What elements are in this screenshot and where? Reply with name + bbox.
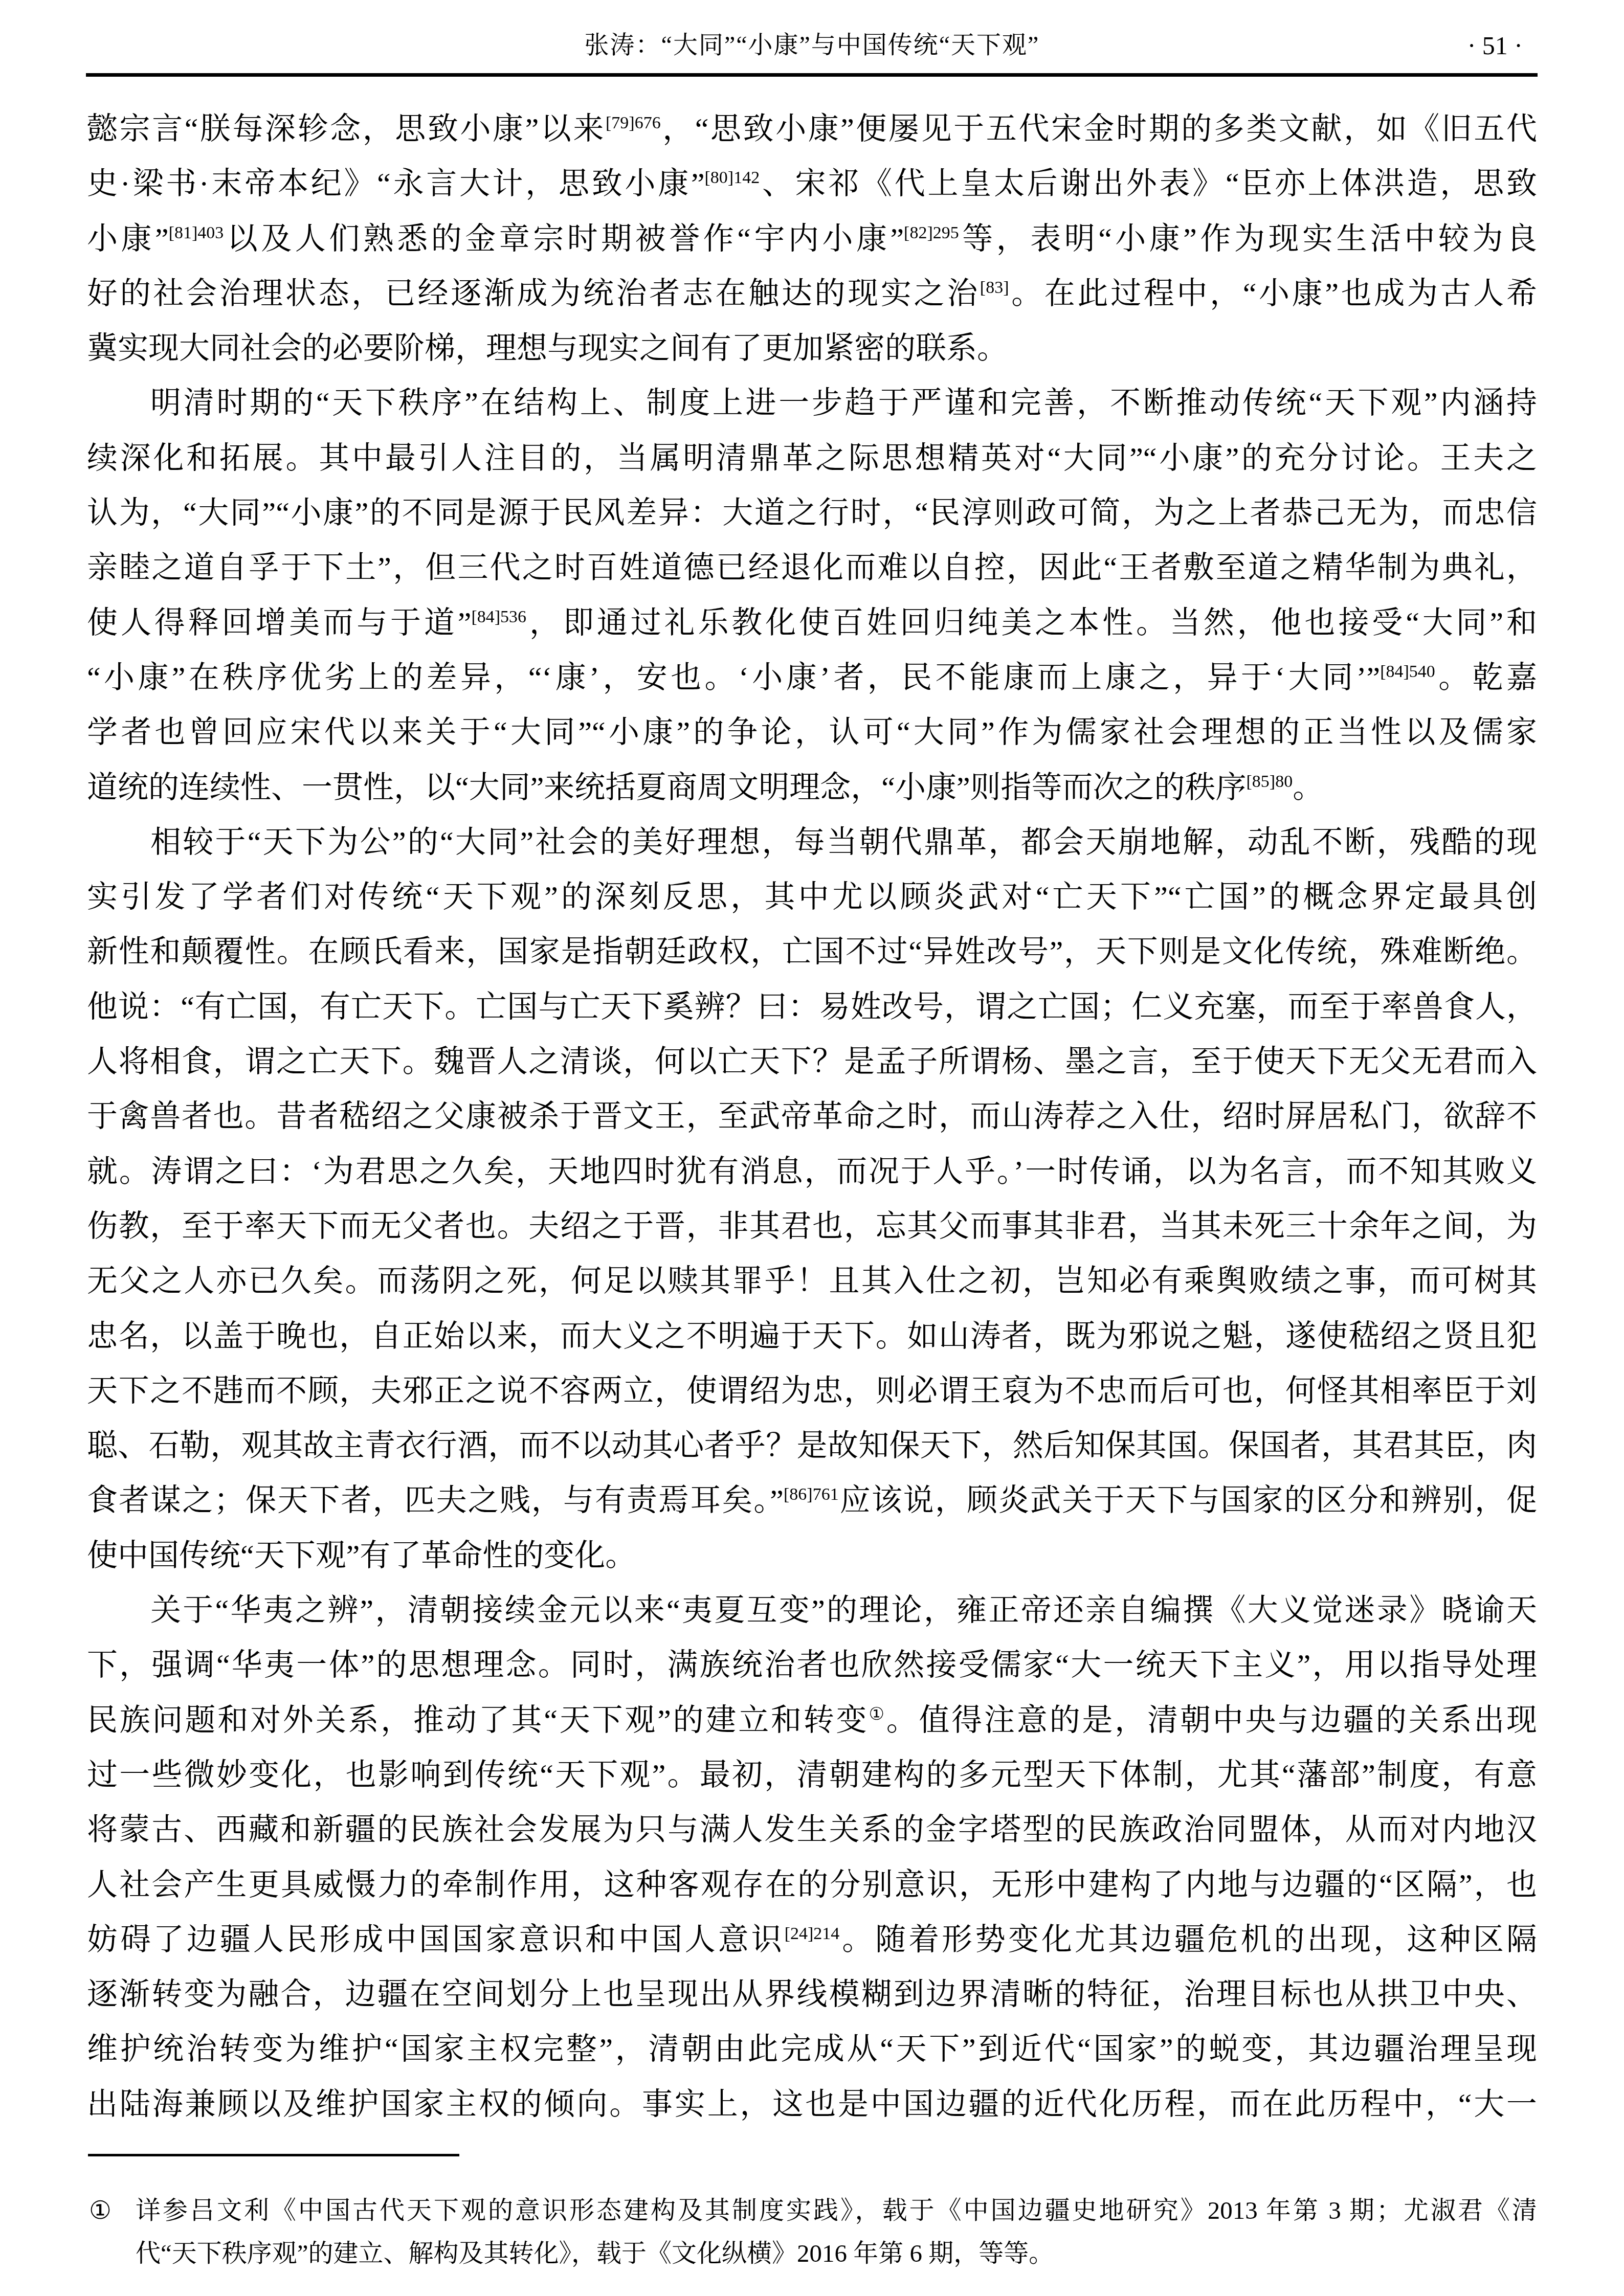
text-run: 聪、石勒，观其故主青衣行酒，而不以动其心者乎？是故知保天下，然后知保其国。保国者… [87,1429,1537,1462]
body-line: 民族问题和对外关系，推动了其“天下观”的建立和转变①。值得注意的是，清朝中央与边… [87,1693,1537,1748]
header-rule [86,73,1538,77]
superscript-ref: [83] [980,278,1009,297]
text-run: ，“思致小康”便屡见于五代宋金时期的多类文献，如《旧五代 [661,112,1537,146]
body-line: 天下之不韪而不顾，夫邪正之说不容两立，使谓绍为忠，则必谓王裒为不忠而后可也，何怪… [87,1364,1537,1419]
running-title: 张涛：“大同”“小康”与中国传统“天下观” [87,29,1537,62]
text-run: 过一些微妙变化，也影响到传统“天下观”。最初，清朝建构的多元型天下体制，尤其“藩… [87,1758,1537,1792]
text-run: 关于“华夷之辨”，清朝接续金元以来“夷夏互变”的理论，雍正帝还亲自编撰《大义觉迷… [150,1593,1537,1627]
body-line: 关于“华夷之辨”，清朝接续金元以来“夷夏互变”的理论，雍正帝还亲自编撰《大义觉迷… [87,1583,1537,1638]
body-line: 使中国传统“天下观”有了革命性的变化。 [87,1528,1537,1583]
text-run: 实引发了学者们对传统“天下观”的深刻反思，其中尤以顾炎武对“亡天下”“亡国”的概… [87,880,1537,914]
text-run: 史·梁书·末帝本纪》“永言大计，思致小康” [87,167,705,200]
body-line: 学者也曾回应宋代以来关于“大同”“小康”的争论，认可“大同”作为儒家社会理想的正… [87,705,1537,760]
body-line: 人将相食，谓之亡天下。魏晋人之清谈，何以亡天下？是孟子所谓杨、墨之言，至于使天下… [87,1034,1537,1089]
body-line: 伤教，至于率天下而无父者也。夫绍之于晋，非其君也，忘其父而事其非君，当其未死三十… [87,1199,1537,1254]
body-line: 逐渐转变为融合，边疆在空间划分上也呈现出从界线模糊到边界清晰的特征，治理目标也从… [87,1967,1537,2022]
text-run: 。值得注意的是，清朝中央与边疆的关系出现 [886,1703,1537,1737]
text-run: 。在此过程中，“小康”也成为古人希 [1009,277,1538,310]
superscript-ref: ① [869,1705,886,1724]
body-line: 实引发了学者们对传统“天下观”的深刻反思，其中尤以顾炎武对“亡天下”“亡国”的概… [87,870,1537,925]
text-run: 学者也曾回应宋代以来关于“大同”“小康”的争论，认可“大同”作为儒家社会理想的正… [87,715,1537,749]
text-run: 逐渐转变为融合，边疆在空间划分上也呈现出从界线模糊到边界清晰的特征，治理目标也从… [87,1977,1537,2011]
superscript-ref: [81]403 [169,223,224,242]
superscript-ref: [84]536 [471,607,526,626]
superscript-ref: [84]540 [1380,662,1435,681]
text-run: 忠名，以盖于晚也，自正始以来，而大义之不明遍于天下。如山涛者，既为邪说之魁，遂使… [87,1319,1537,1353]
text-run: 人社会产生更具威慑力的牵制作用，这种客观存在的分别意识，无形中建构了内地与边疆的… [87,1868,1537,1902]
text-run: 。 [1293,771,1323,804]
text-run: 懿宗言“朕每深轸念，思致小康”以来 [87,112,606,146]
text-run: 。随着形势变化尤其边疆危机的出现，这种区隔 [839,1923,1537,1956]
body-line: 道统的连续性、一贯性，以“大同”来统括夏商周文明理念，“小康”则指等而次之的秩序… [87,760,1537,815]
text-run: 将蒙古、西藏和新疆的民族社会发展为只与满人发生关系的金字塔型的民族政治同盟体，从… [87,1813,1537,1847]
body-line: 妨碍了边疆人民形成中国国家意识和中国人意识[24]214。随着形势变化尤其边疆危… [87,1912,1537,1967]
article-body: 懿宗言“朕每深轸念，思致小康”以来[79]676，“思致小康”便屡见于五代宋金时… [87,102,1537,2132]
footnote-line: 详参吕文利《中国古代天下观的意识形态建构及其制度实践》，载于《中国边疆史地研究》… [136,2189,1537,2232]
body-line: 冀实现大同社会的必要阶梯，理想与现实之间有了更加紧密的联系。 [87,321,1537,376]
body-line: 就。涛谓之曰：‘为君思之久矣，天地四时犹有消息，而况于人乎。’一时传诵，以为名言… [87,1144,1537,1199]
text-run: 亲睦之道自孚于下土”，但三代之时百姓道德已经退化而难以自控，因此“王者敷至道之精… [87,551,1537,584]
superscript-ref: [79]676 [606,114,661,132]
text-run: 出陆海兼顾以及维护国家主权的倾向。事实上，这也是中国边疆的近代化历程，而在此历程… [87,2087,1537,2121]
footnote-marker: ① [89,2189,112,2232]
text-run: 天下之不韪而不顾，夫邪正之说不容两立，使谓绍为忠，则必谓王裒为不忠而后可也，何怪… [87,1374,1537,1408]
footnote-text: 详参吕文利《中国古代天下观的意识形态建构及其制度实践》，载于《中国边疆史地研究》… [136,2189,1537,2275]
text-run: 明清时期的“天下秩序”在结构上、制度上进一步趋于严谨和完善，不断推动传统“天下观… [150,386,1537,420]
body-line: 食者谋之；保天下者，匹夫之贱，与有责焉耳矣。”[86]761应该说，顾炎武关于天… [87,1473,1537,1528]
body-line: 相较于“天下为公”的“大同”社会的美好理想，每当朝代鼎革，都会天崩地解，动乱不断… [87,815,1537,870]
body-line: 懿宗言“朕每深轸念，思致小康”以来[79]676，“思致小康”便屡见于五代宋金时… [87,102,1537,156]
body-line: 亲睦之道自孚于下土”，但三代之时百姓道德已经退化而难以自控，因此“王者敷至道之精… [87,541,1537,595]
text-run: 维护统治转变为维护“国家主权完整”，清朝由此完成从“天下”到近代“国家”的蜕变，… [87,2032,1537,2066]
body-line: 聪、石勒，观其故主青衣行酒，而不以动其心者乎？是故知保天下，然后知保其国。保国者… [87,1419,1537,1473]
superscript-ref: [86]761 [784,1485,839,1504]
body-line: 出陆海兼顾以及维护国家主权的倾向。事实上，这也是中国边疆的近代化历程，而在此历程… [87,2077,1537,2132]
text-run: 以及人们熟悉的金章宗时期被誉作“宇内小康” [224,222,904,256]
text-run: 新性和颠覆性。在顾氏看来，国家是指朝廷政权，亡国不过“异姓改号”，天下则是文化传… [87,935,1537,969]
superscript-ref: [82]295 [904,223,959,242]
page-number: · 51 · [1467,29,1523,62]
text-run: 伤教，至于率天下而无父者也。夫绍之于晋，非其君也，忘其父而事其非君，当其未死三十… [87,1209,1537,1243]
text-run: 道统的连续性、一贯性，以“大同”来统括夏商周文明理念，“小康”则指等而次之的秩序 [87,771,1247,804]
text-run: 民族问题和对外关系，推动了其“天下观”的建立和转变 [87,1703,869,1737]
body-line: 维护统治转变为维护“国家主权完整”，清朝由此完成从“天下”到近代“国家”的蜕变，… [87,2022,1537,2077]
text-run: 代“天下秩序观”的建立、解构及其转化》，载于《文化纵横》2016 年第 6 期，… [136,2239,1054,2267]
text-run: 食者谋之；保天下者，匹夫之贱，与有责焉耳矣。” [87,1483,784,1517]
text-run: 等，表明“小康”作为现实生活中较为良 [959,222,1537,256]
text-run: 、宋祁《代上皇太后谢出外表》“臣亦上体洪造，思致 [760,167,1537,200]
text-run: 。乾嘉 [1435,661,1537,694]
text-run: ，即通过礼乐教化使百姓回归纯美之本性。当然，他也接受“大同”和 [526,606,1537,640]
footnote-line: 代“天下秩序观”的建立、解构及其转化》，载于《文化纵横》2016 年第 6 期，… [136,2232,1537,2275]
body-line: 他说：“有亡国，有亡天下。亡国与亡天下奚辨？曰：易姓改号，谓之亡国；仁义充塞，而… [87,980,1537,1034]
superscript-ref: [24]214 [785,1924,840,1943]
text-run: 于禽兽者也。昔者嵇绍之父康被杀于晋文王，至武帝革命之时，而山涛荐之入仕，绍时屏居… [87,1099,1537,1133]
running-header: 张涛：“大同”“小康”与中国传统“天下观” · 51 · [87,29,1537,62]
text-run: 应该说，顾炎武关于天下与国家的区分和辨别，促 [839,1483,1537,1517]
body-line: 忠名，以盖于晚也，自正始以来，而大义之不明遍于天下。如山涛者，既为邪说之魁，遂使… [87,1309,1537,1364]
text-run: 相较于“天下为公”的“大同”社会的美好理想，每当朝代鼎革，都会天崩地解，动乱不断… [150,825,1537,859]
text-run: 妨碍了边疆人民形成中国国家意识和中国人意识 [87,1923,785,1956]
journal-page: 张涛：“大同”“小康”与中国传统“天下观” · 51 · 懿宗言“朕每深轸念，思… [0,0,1624,2296]
text-run: 无父之人亦已久矣。而荡阴之死，何足以赎其罪乎！且其入仕之初，岂知必有乘舆败绩之事… [87,1264,1537,1298]
text-run: 就。涛谓之曰：‘为君思之久矣，天地四时犹有消息，而况于人乎。’一时传诵，以为名言… [87,1155,1537,1188]
superscript-ref: [80]142 [705,168,760,187]
footnote-separator [88,2154,459,2156]
footnote: ① 详参吕文利《中国古代天下观的意识形态建构及其制度实践》，载于《中国边疆史地研… [87,2189,1537,2275]
body-line: 认为，“大同”“小康”的不同是源于民风差异：大道之行时，“民淳则政可简，为之上者… [87,486,1537,541]
text-run: 使人得释回增美而与于道” [87,606,471,640]
text-run: 冀实现大同社会的必要阶梯，理想与现实之间有了更加紧密的联系。 [87,331,1008,365]
text-run: 续深化和拓展。其中最引人注目的，当属明清鼎革之际思想精英对“大同”“小康”的充分… [87,441,1537,475]
body-line: 下，强调“华夷一体”的思想理念。同时，满族统治者也欣然接受儒家“大一统天下主义”… [87,1638,1537,1693]
text-run: “小康”在秩序优劣上的差异，“‘康’，安也。‘小康’者，民不能康而上康之，异于‘… [87,661,1380,694]
body-line: 过一些微妙变化，也影响到传统“天下观”。最初，清朝建构的多元型天下体制，尤其“藩… [87,1748,1537,1803]
text-run: 下，强调“华夷一体”的思想理念。同时，满族统治者也欣然接受儒家“大一统天下主义”… [87,1648,1537,1682]
body-line: “小康”在秩序优劣上的差异，“‘康’，安也。‘小康’者，民不能康而上康之，异于‘… [87,650,1537,705]
text-run: 使中国传统“天下观”有了革命性的变化。 [87,1539,636,1572]
body-line: 于禽兽者也。昔者嵇绍之父康被杀于晋文王，至武帝革命之时，而山涛荐之入仕，绍时屏居… [87,1089,1537,1144]
text-run: 小康” [87,222,169,256]
body-line: 史·梁书·末帝本纪》“永言大计，思致小康”[80]142、宋祁《代上皇太后谢出外… [87,156,1537,211]
body-line: 小康”[81]403以及人们熟悉的金章宗时期被誉作“宇内小康”[82]295等，… [87,212,1537,266]
body-line: 续深化和拓展。其中最引人注目的，当属明清鼎革之际思想精英对“大同”“小康”的充分… [87,431,1537,486]
text-run: 认为，“大同”“小康”的不同是源于民风差异：大道之行时，“民淳则政可简，为之上者… [87,496,1537,530]
body-line: 明清时期的“天下秩序”在结构上、制度上进一步趋于严谨和完善，不断推动传统“天下观… [87,376,1537,431]
text-run: 他说：“有亡国，有亡天下。亡国与亡天下奚辨？曰：易姓改号，谓之亡国；仁义充塞，而… [87,990,1537,1024]
superscript-ref: [85]80 [1247,772,1293,791]
text-run: 人将相食，谓之亡天下。魏晋人之清谈，何以亡天下？是孟子所谓杨、墨之言，至于使天下… [87,1045,1537,1078]
body-line: 好的社会治理状态，已经逐渐成为统治者志在触达的现实之治[83]。在此过程中，“小… [87,266,1537,321]
text-run: 好的社会治理状态，已经逐渐成为统治者志在触达的现实之治 [87,277,980,310]
body-line: 使人得释回增美而与于道”[84]536，即通过礼乐教化使百姓回归纯美之本性。当然… [87,596,1537,650]
body-line: 新性和颠覆性。在顾氏看来，国家是指朝廷政权，亡国不过“异姓改号”，天下则是文化传… [87,925,1537,979]
text-run: 详参吕文利《中国古代天下观的意识形态建构及其制度实践》，载于《中国边疆史地研究》… [136,2196,1537,2224]
body-line: 无父之人亦已久矣。而荡阴之死，何足以赎其罪乎！且其入仕之初，岂知必有乘舆败绩之事… [87,1254,1537,1309]
body-line: 将蒙古、西藏和新疆的民族社会发展为只与满人发生关系的金字塔型的民族政治同盟体，从… [87,1803,1537,1857]
body-line: 人社会产生更具威慑力的牵制作用，这种客观存在的分别意识，无形中建构了内地与边疆的… [87,1858,1537,1912]
